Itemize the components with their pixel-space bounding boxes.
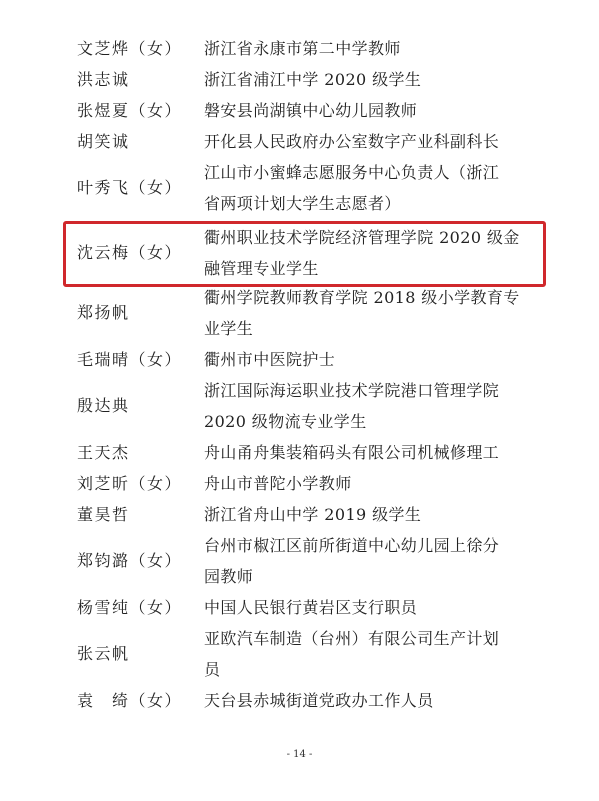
person-name: 郑钧潞（女） [77,545,204,576]
description-line: 融管理专业学生 [204,253,522,284]
person-name: 杨雪纯（女） [77,592,204,623]
person-description: 舟山甬舟集装箱码头有限公司机械修理工 [204,437,522,468]
description-line: 浙江省浦江中学 2020 级学生 [204,64,522,95]
person-description: 衢州学院教师教育学院 2018 级小学教育专 业学生 [204,282,522,344]
person-name: 叶秀飞（女） [77,172,204,203]
person-name: 沈云梅（女） [77,237,204,268]
description-line: 浙江省永康市第二中学教师 [204,33,522,64]
description-line: 园教师 [204,561,522,592]
person-description: 浙江国际海运职业技术学院港口管理学院 2020 级物流专业学生 [204,375,522,437]
person-name: 刘芝昕（女） [77,468,204,499]
description-line: 浙江省舟山中学 2019 级学生 [204,499,522,530]
person-description: 浙江省永康市第二中学教师 [204,33,522,64]
description-line: 省两项计划大学生志愿者） [204,188,522,219]
person-description: 舟山市普陀小学教师 [204,468,522,499]
description-line: 中国人民银行黄岩区支行职员 [204,592,522,623]
person-description: 开化县人民政府办公室数字产业科副科长 [204,126,522,157]
person-name: 张云帆 [77,638,204,669]
person-description: 天台县赤城街道党政办工作人员 [204,685,522,716]
description-line: 天台县赤城街道党政办工作人员 [204,685,522,716]
person-description: 磐安县尚湖镇中心幼儿园教师 [204,95,522,126]
person-name: 文芝烨（女） [77,33,204,64]
person-description: 衢州市中医院护士 [204,344,522,375]
description-line: 2020 级物流专业学生 [204,406,522,437]
description-line: 江山市小蜜蜂志愿服务中心负责人（浙江 [204,157,522,188]
person-description: 浙江省浦江中学 2020 级学生 [204,64,522,95]
description-line: 台州市椒江区前所街道中心幼儿园上徐分 [204,530,522,561]
person-name: 张煜夏（女） [77,95,204,126]
person-name: 袁 绮（女） [77,685,204,716]
person-description: 中国人民银行黄岩区支行职员 [204,592,522,623]
description-line: 亚欧汽车制造（台州）有限公司生产计划 [204,623,522,654]
description-line: 浙江国际海运职业技术学院港口管理学院 [204,375,522,406]
person-description: 衢州职业技术学院经济管理学院 2020 级金 融管理专业学生 [204,222,522,284]
description-line: 舟山市普陀小学教师 [204,468,522,499]
person-description: 江山市小蜜蜂志愿服务中心负责人（浙江 省两项计划大学生志愿者） [204,157,522,219]
person-description: 亚欧汽车制造（台州）有限公司生产计划 员 [204,623,522,685]
person-name: 洪志诚 [77,64,204,95]
description-line: 衢州市中医院护士 [204,344,522,375]
description-line: 舟山甬舟集装箱码头有限公司机械修理工 [204,437,522,468]
description-line: 衢州职业技术学院经济管理学院 2020 级金 [204,222,522,253]
person-name: 董昊哲 [77,499,204,530]
person-name: 王天杰 [77,437,204,468]
person-name: 毛瑞晴（女） [77,344,204,375]
description-line: 衢州学院教师教育学院 2018 级小学教育专 [204,282,522,313]
person-name: 郑扬帆 [77,297,204,328]
page-number: - 14 - [0,749,599,760]
person-name: 胡笑诚 [77,126,204,157]
description-line: 开化县人民政府办公室数字产业科副科长 [204,126,522,157]
person-description: 台州市椒江区前所街道中心幼儿园上徐分 园教师 [204,530,522,592]
person-name: 殷达典 [77,390,204,421]
person-description: 浙江省舟山中学 2019 级学生 [204,499,522,530]
description-line: 业学生 [204,313,522,344]
description-line: 磐安县尚湖镇中心幼儿园教师 [204,95,522,126]
document-page: 文芝烨（女） 浙江省永康市第二中学教师 洪志诚 浙江省浦江中学 2020 级学生… [0,0,599,801]
description-line: 员 [204,654,522,685]
